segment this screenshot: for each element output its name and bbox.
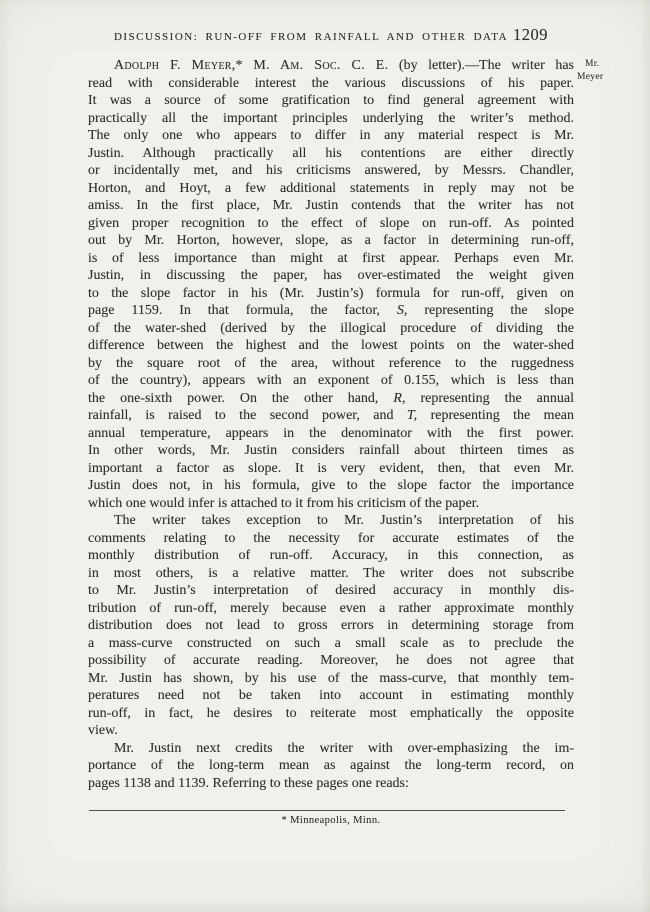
margin-note-line2: Meyer [577, 71, 629, 84]
body-text: Adolph F. Meyer,* M. Am. Soc. C. E. (by … [88, 57, 574, 792]
scanned-page: DISCUSSION: RUN-OFF FROM RAINFALL AND OT… [0, 0, 650, 912]
text-line: Justin. Although practically all his con… [88, 145, 574, 163]
text-line: comments relating to the necessity for a… [88, 530, 574, 548]
text-line: out by Mr. Horton, however, slope, as a … [88, 232, 574, 250]
text-line: by the square root of the area, without … [88, 355, 574, 373]
text-line: Mr. Justin next credits the writer with … [88, 740, 574, 758]
text-line: practically all the important principles… [88, 110, 574, 128]
page-number: 1209 [513, 25, 548, 44]
margin-note: Mr. Meyer [577, 58, 629, 84]
text-line: It was a source of some gratification to… [88, 92, 574, 110]
text-line: pages 1138 and 1139. Referring to these … [88, 775, 574, 793]
text-line: Justin, in discussing the paper, has ove… [88, 267, 574, 285]
text-line: or incidentally met, and his criticisms … [88, 162, 574, 180]
text-line: read with considerable interest the vari… [88, 75, 574, 93]
text-line: in most others, is a relative matter. Th… [88, 565, 574, 583]
text-line: Mr. Justin has shown, by his use of the … [88, 670, 574, 688]
text-line: In other words, Mr. Justin considers rai… [88, 442, 574, 460]
text-line: of the water-shed (derived by the illogi… [88, 320, 574, 338]
text-line: The writer takes exception to Mr. Justin… [88, 512, 574, 530]
text-line: Horton, and Hoyt, a few additional state… [88, 180, 574, 198]
text-line: rainfall, is raised to the second power,… [88, 407, 574, 425]
text-line: tribution of run-off, merely because eve… [88, 600, 574, 618]
text-line: Adolph F. Meyer,* M. Am. Soc. C. E. (by … [88, 57, 574, 75]
text-line: difference between the highest and the l… [88, 337, 574, 355]
margin-note-line1: Mr. [585, 58, 629, 71]
text-line: The only one who appears to differ in an… [88, 127, 574, 145]
paragraph: The writer takes exception to Mr. Justin… [88, 512, 574, 740]
text-line: Justin does not, in his formula, give to… [88, 477, 574, 495]
text-line: run-off, in fact, he desires to reiterat… [88, 705, 574, 723]
text-line: to Mr. Justin’s interpretation of desire… [88, 582, 574, 600]
text-line: distribution does not lead to gross erro… [88, 617, 574, 635]
paragraph: Mr. Justin next credits the writer with … [88, 740, 574, 793]
text-line: annual temperature, appears in the denom… [88, 425, 574, 443]
running-head-title: DISCUSSION: RUN-OFF FROM RAINFALL AND OT… [114, 31, 508, 43]
text-line: portance of the long-term mean as agains… [88, 757, 574, 775]
footnote: * Minneapolis, Minn. [88, 815, 574, 826]
text-line: monthly distribution of run-off. Accurac… [88, 547, 574, 565]
text-line: to the slope factor in his (Mr. Justin’s… [88, 285, 574, 303]
text-line: which one would infer is attached to it … [88, 495, 574, 513]
text-line: of the country), appears with an exponen… [88, 372, 574, 390]
text-line: the one-sixth power. On the other hand, … [88, 390, 574, 408]
text-line: view. [88, 722, 574, 740]
text-line: is of less importance than might at firs… [88, 250, 574, 268]
text-line: page 1159. In that formula, the factor, … [88, 302, 574, 320]
text-line: important a factor as slope. It is very … [88, 460, 574, 478]
footnote-divider [89, 810, 565, 811]
text-line: amiss. In the first place, Mr. Justin co… [88, 197, 574, 215]
text-line: a mass-curve constructed on such a small… [88, 635, 574, 653]
running-head: DISCUSSION: RUN-OFF FROM RAINFALL AND OT… [88, 25, 574, 45]
text-line: possibility of accurate reading. Moreove… [88, 652, 574, 670]
paragraph: Adolph F. Meyer,* M. Am. Soc. C. E. (by … [88, 57, 574, 512]
text-line: given proper recognition to the effect o… [88, 215, 574, 233]
text-line: peratures need not be taken into account… [88, 687, 574, 705]
